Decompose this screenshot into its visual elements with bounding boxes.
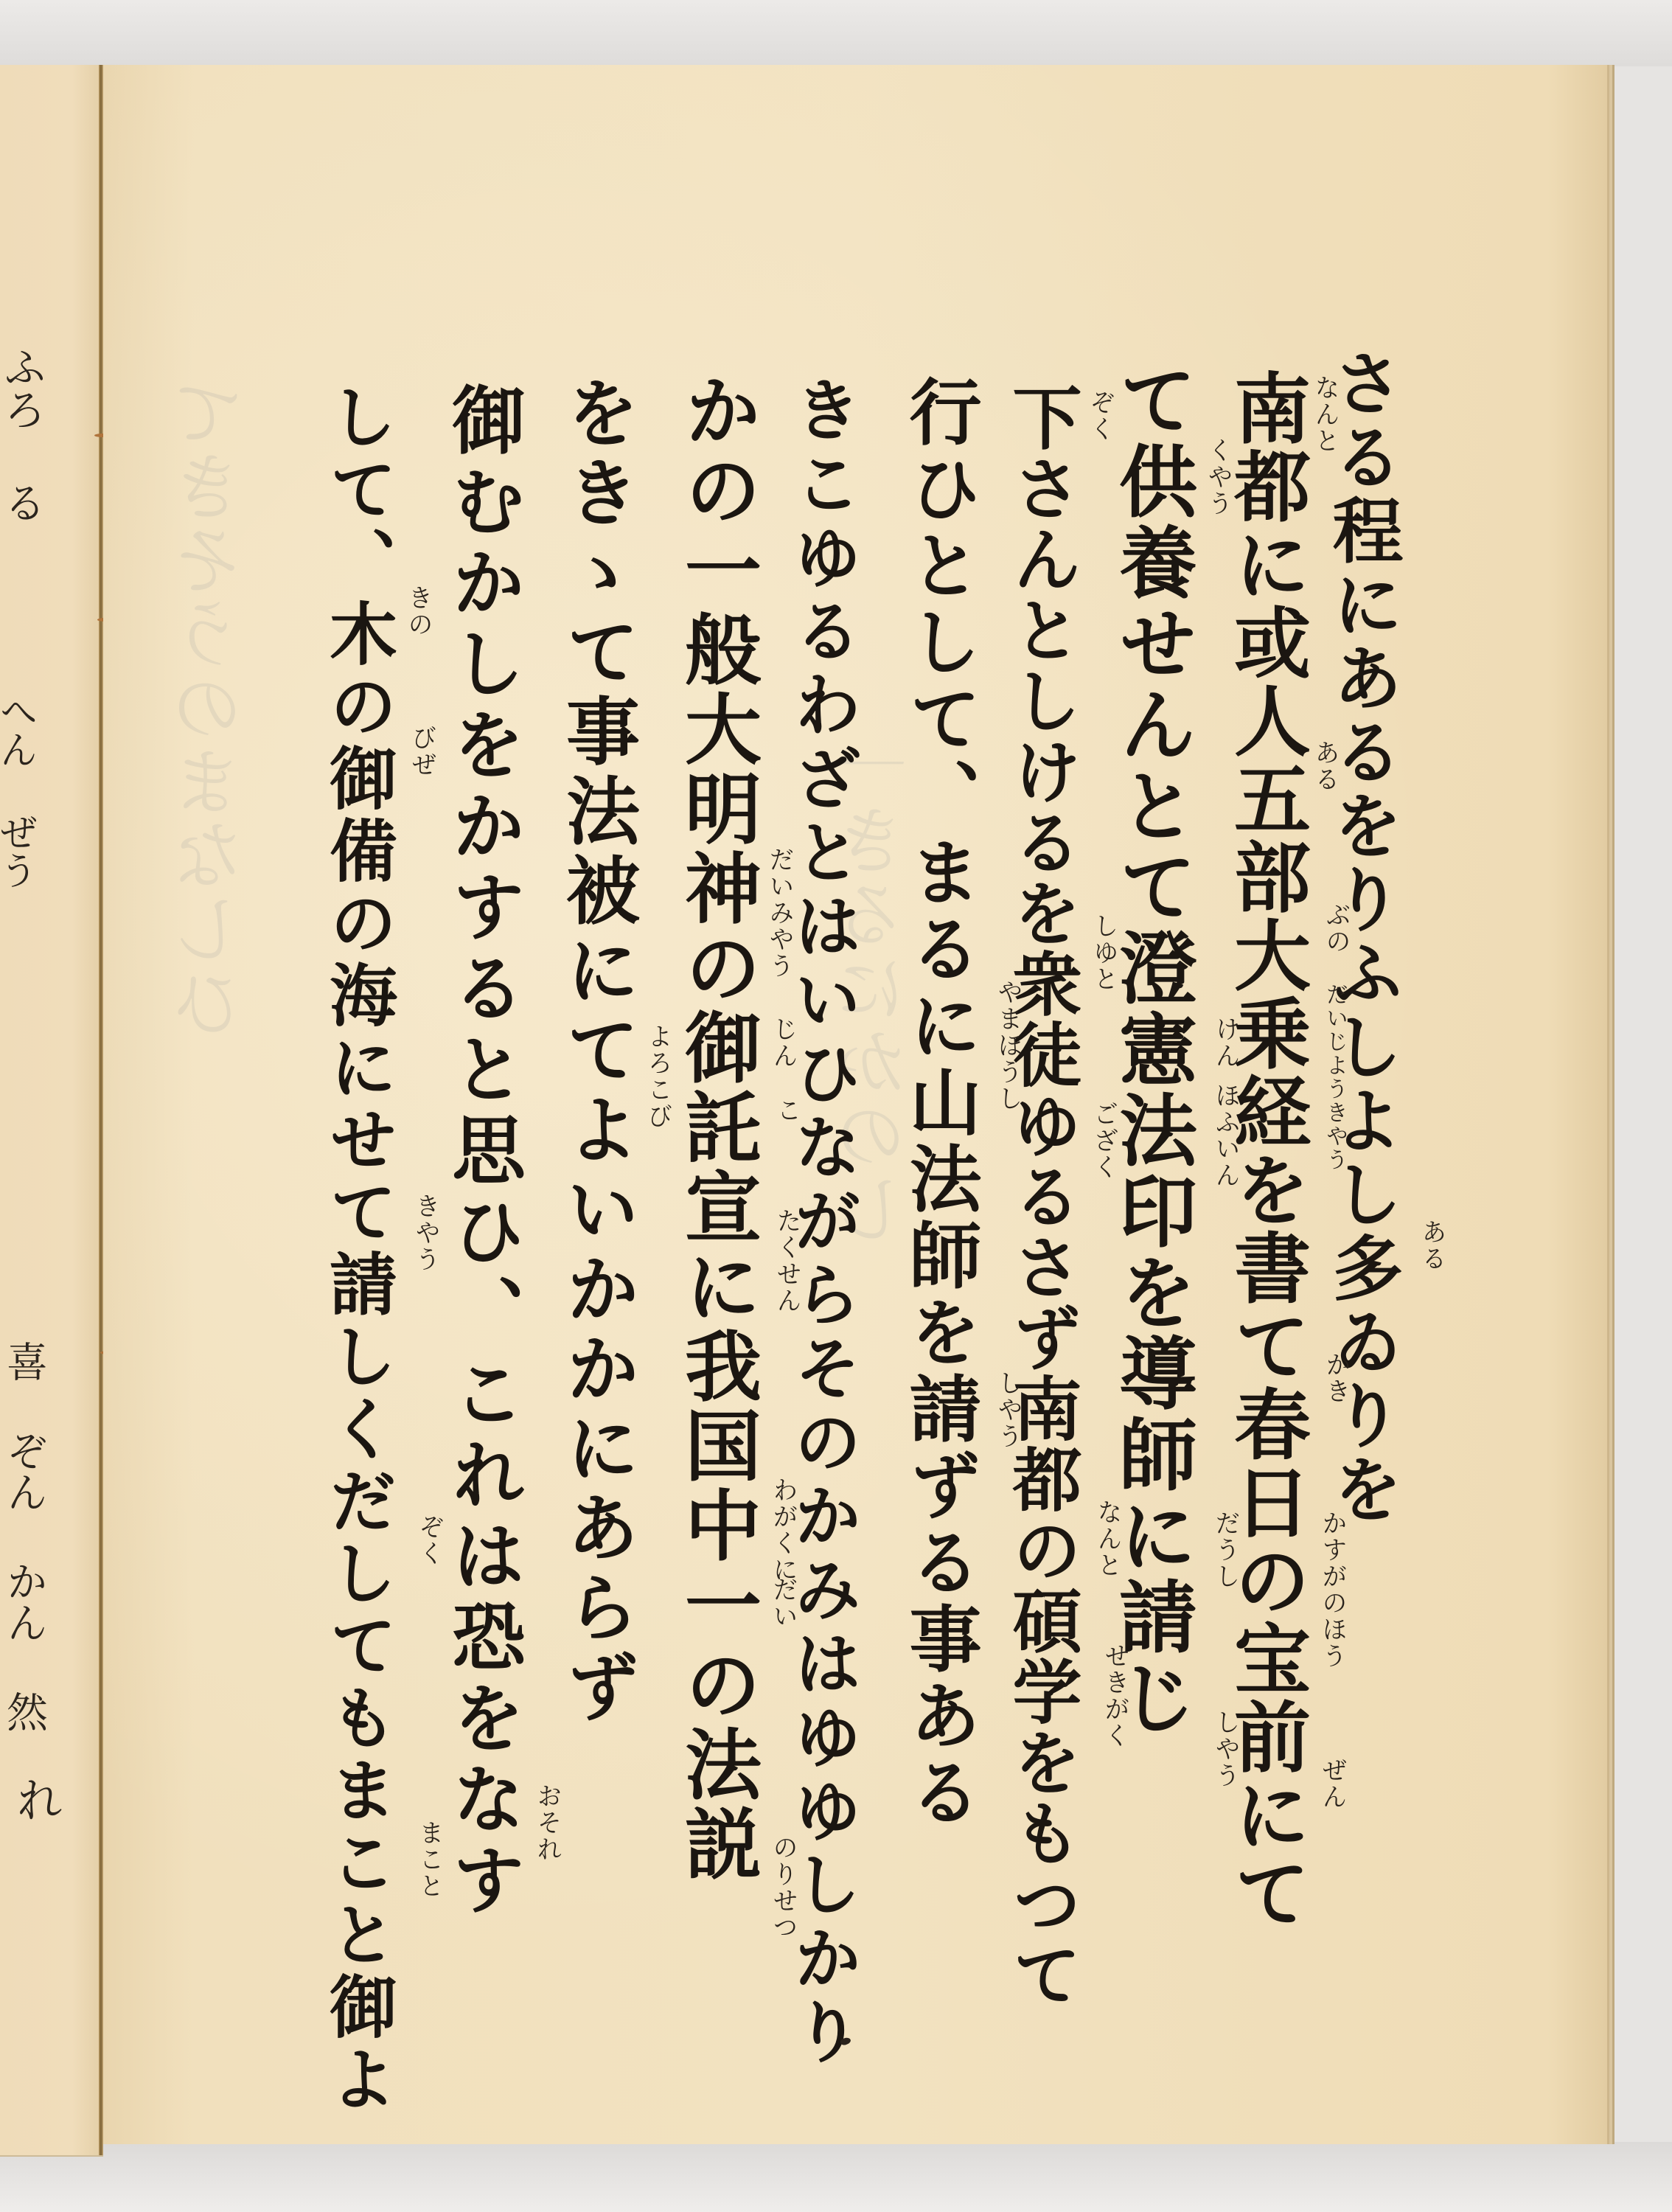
furigana: しやう bbox=[1213, 1709, 1238, 1789]
furigana: なんと bbox=[1095, 1499, 1120, 1579]
furigana: しゆと bbox=[1091, 913, 1116, 992]
furigana: だいじようきやう bbox=[1323, 983, 1345, 1172]
furigana: なんと bbox=[1312, 375, 1337, 454]
furigana: やまほうし bbox=[995, 979, 1020, 1112]
furigana: きの bbox=[405, 585, 431, 638]
bleed-through-text: てきそうのまなしひ bbox=[177, 375, 251, 1038]
left-page-column: へん ぜう bbox=[0, 692, 34, 889]
text-column-3: て供養せんとて澄憲法印を導師に請じ bbox=[1113, 360, 1191, 1739]
text-column-4: 下さんとしけるを衆徒ゆるさず南都の碩学をもつて bbox=[1006, 382, 1076, 2010]
furigana: ぞく bbox=[1087, 389, 1112, 442]
furigana: わがくに bbox=[770, 1477, 795, 1583]
furigana: たくせん bbox=[774, 1208, 799, 1314]
furigana: のりせつ bbox=[770, 1834, 795, 1941]
furigana: せきがく bbox=[1102, 1643, 1127, 1749]
furigana: かすがのほう bbox=[1320, 1510, 1345, 1669]
furigana: ぞく bbox=[417, 1514, 442, 1567]
backdrop-top bbox=[0, 0, 1672, 66]
furigana: だい bbox=[770, 1576, 795, 1630]
furigana: ぶの bbox=[1323, 902, 1348, 955]
left-page-column: 喜 ぞん かん 然 bbox=[3, 1340, 44, 1732]
text-column-10: して、木の御備の海にせて請しくだしてもまこと御よ bbox=[324, 382, 392, 2116]
furigana: よろこび bbox=[645, 1023, 670, 1130]
left-page-column: ふろ る bbox=[0, 345, 43, 524]
text-column-8: をきゝて事法被にてよいかかにあらず bbox=[560, 375, 634, 1728]
text-column-9: 御むかしをかすると思ひ、これは恐をなす bbox=[446, 382, 520, 1923]
furigana: きやう bbox=[413, 1193, 438, 1273]
text-column-7: かの一般大明神の御託宣に我国中一の法説 bbox=[678, 371, 755, 1884]
furigana: だうし bbox=[1213, 1510, 1238, 1590]
backdrop-bottom bbox=[0, 2142, 1672, 2212]
furigana: ほふいん bbox=[1213, 1082, 1238, 1189]
furigana: ある bbox=[1312, 740, 1337, 793]
furigana: ぜん bbox=[1320, 1757, 1345, 1810]
furigana: こ bbox=[774, 1097, 799, 1124]
left-page: ふろ る へん ぜう 喜 ぞん かん 然 れ bbox=[0, 65, 103, 2157]
furigana: じん bbox=[770, 1016, 795, 1069]
furigana: ある bbox=[1419, 1219, 1444, 1272]
furigana: おそれ bbox=[534, 1783, 560, 1863]
text-column-5: 行ひとして、まるに山法師を請ずる事ある bbox=[903, 375, 975, 1832]
furigana: びぜ bbox=[409, 725, 434, 778]
furigana: けん bbox=[1213, 1016, 1238, 1069]
furigana: かき bbox=[1323, 1352, 1348, 1405]
furigana: くやう bbox=[1205, 437, 1230, 517]
furigana: まこと bbox=[417, 1820, 442, 1899]
left-page-column: れ bbox=[12, 1775, 59, 1823]
furigana: しやう bbox=[995, 1370, 1020, 1450]
furigana: ござく bbox=[1091, 1101, 1116, 1180]
right-page: てきそうのまなしひ 一きるにかのし さる程にあるをりふしよし多ゐりを ある 南都… bbox=[103, 65, 1609, 2144]
furigana: だいみやう bbox=[767, 846, 792, 979]
